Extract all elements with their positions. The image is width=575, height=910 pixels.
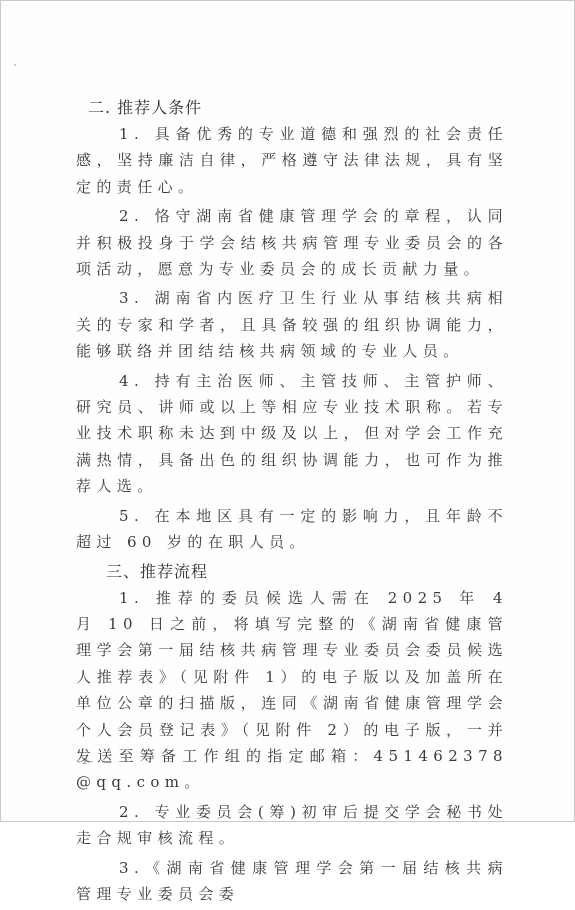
condition-item-2: 2. 恪守湖南省健康管理学会的章程，认同并积极投身于学会结核共病管理专业委员会的… [76,203,508,282]
section-heading-recommender-conditions: 二. 推荐人条件 [76,95,508,121]
condition-item-4: 4. 持有主治医师、主管技师、主管护师、研究员、讲师或以上等相应专业技术职称。若… [76,368,508,500]
scan-speck [14,64,16,66]
page-number: - 2 - [77,757,93,766]
section-heading-recommendation-process: 三、推荐流程 [76,559,508,585]
condition-item-1: 1. 具备优秀的专业道德和强烈的社会责任感，坚持廉洁自律，严格遵守法律法规，具有… [76,121,508,200]
condition-item-3: 3. 湖南省内医疗卫生行业从事结核共病相关的专家和学者，且具备较强的组织协调能力… [76,285,508,364]
process-item-1: 1. 推荐的委员候选人需在 2025 年 4 月 10 日之前，将填写完整的《湖… [76,585,508,796]
process-item-2: 2. 专业委员会(筹)初审后提交学会秘书处走合规审核流程。 [76,799,508,822]
condition-item-5: 5. 在本地区具有一定的影响力，且年龄不超过 60 岁的在职人员。 [76,503,508,556]
document-page: 二. 推荐人条件 1. 具备优秀的专业道德和强烈的社会责任感，坚持廉洁自律，严格… [0,0,575,822]
document-body: 二. 推荐人条件 1. 具备优秀的专业道德和强烈的社会责任感，坚持廉洁自律，严格… [76,95,508,822]
